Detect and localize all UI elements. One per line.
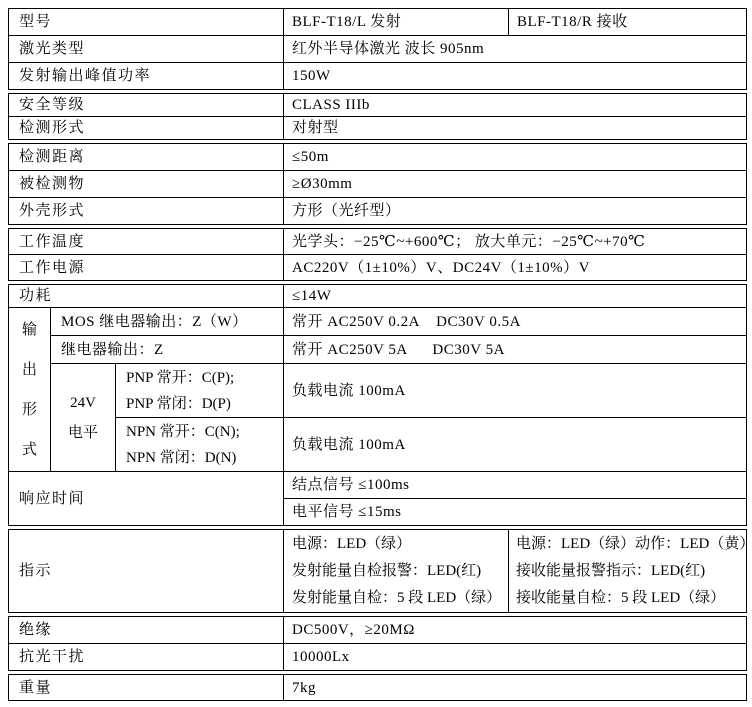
section-model: 型号 BLF-T18/L 发射 BLF-T18/R 接收 激光类型 红外半导体激… [8, 8, 747, 90]
output-mos-value: 常开 AC250V 0.2A DC30V 0.5A [284, 308, 747, 336]
housing-value: 方形（光纤型） [284, 198, 747, 225]
row-insulation: 绝缘 DC500V，≥20MΩ [9, 617, 747, 644]
weight-label: 重量 [9, 675, 284, 701]
object-label: 被检测物 [9, 171, 284, 198]
output-level-label: 24V 电平 [51, 364, 116, 472]
model-label: 型号 [9, 9, 284, 36]
section-detection: 检测距离 ≤50m 被检测物 ≥Ø30mm 外壳形式 方形（光纤型） [8, 143, 747, 225]
row-object: 被检测物 ≥Ø30mm [9, 171, 747, 198]
row-output-npn: NPN 常开：C(N); NPN 常闭：D(N) 负载电流 100mA [9, 418, 747, 472]
temp-value: 光学头：−25℃~+600℃； 放大单元：−25℃~+70℃ [284, 229, 747, 255]
row-model: 型号 BLF-T18/L 发射 BLF-T18/R 接收 [9, 9, 747, 36]
row-laser-type: 激光类型 红外半导体激光 波长 905nm [9, 36, 747, 63]
row-weight: 重量 7kg [9, 675, 747, 701]
spec-table: 型号 BLF-T18/L 发射 BLF-T18/R 接收 激光类型 红外半导体激… [8, 8, 746, 704]
section-output: 功耗 ≤14W 输 出 形 式 MOS 继电器输出：Z（W） 常开 AC250V… [8, 284, 747, 526]
response-label: 响应时间 [9, 472, 284, 526]
peak-power-label: 发射输出峰值功率 [9, 63, 284, 90]
distance-label: 检测距离 [9, 144, 284, 171]
consumption-label: 功耗 [9, 285, 284, 308]
row-light: 抗光干扰 10000Lx [9, 644, 747, 671]
row-detect-mode: 检测形式 对射型 [9, 117, 747, 140]
insulation-value: DC500V，≥20MΩ [284, 617, 747, 644]
row-temp: 工作温度 光学头：−25℃~+600℃； 放大单元：−25℃~+70℃ [9, 229, 747, 255]
power-value: AC220V（1±10%）V、DC24V（1±10%）V [284, 255, 747, 281]
model-transmitter: BLF-T18/L 发射 [284, 9, 509, 36]
laser-type-value: 红外半导体激光 波长 905nm [284, 36, 747, 63]
indicator-label: 指示 [9, 530, 284, 613]
housing-label: 外壳形式 [9, 198, 284, 225]
output-relay-value: 常开 AC250V 5A DC30V 5A [284, 336, 747, 364]
output-mos-label: MOS 继电器输出：Z（W） [51, 308, 284, 336]
row-output-pnp: 24V 电平 PNP 常开：C(P); PNP 常闭：D(P) 负载电流 100… [9, 364, 747, 418]
row-peak-power: 发射输出峰值功率 150W [9, 63, 747, 90]
detect-mode-label: 检测形式 [9, 117, 284, 140]
output-group-label: 输 出 形 式 [9, 308, 51, 472]
row-output-relay: 继电器输出：Z 常开 AC250V 5A DC30V 5A [9, 336, 747, 364]
row-output-mos: 输 出 形 式 MOS 继电器输出：Z（W） 常开 AC250V 0.2A DC… [9, 308, 747, 336]
response-junction-value: 结点信号 ≤100ms [284, 472, 747, 499]
row-response-junction: 响应时间 结点信号 ≤100ms [9, 472, 747, 499]
row-indicator: 指示 电源：LED（绿） 发射能量自检报警：LED(红) 发射能量自检：5 段 … [9, 530, 747, 613]
section-environment: 工作温度 光学头：−25℃~+600℃； 放大单元：−25℃~+70℃ 工作电源… [8, 228, 747, 281]
laser-type-label: 激光类型 [9, 36, 284, 63]
row-power: 工作电源 AC220V（1±10%）V、DC24V（1±10%）V [9, 255, 747, 281]
output-pnp-value: 负载电流 100mA [284, 364, 747, 418]
section-safety: 安全等级 CLASS IIIb 检测形式 对射型 [8, 93, 747, 140]
safety-value: CLASS IIIb [284, 94, 747, 117]
output-npn-value: 负载电流 100mA [284, 418, 747, 472]
row-safety: 安全等级 CLASS IIIb [9, 94, 747, 117]
output-relay-label: 继电器输出：Z [51, 336, 284, 364]
object-value: ≥Ø30mm [284, 171, 747, 198]
power-label: 工作电源 [9, 255, 284, 281]
response-level-value: 电平信号 ≤15ms [284, 499, 747, 526]
peak-power-value: 150W [284, 63, 747, 90]
distance-value: ≤50m [284, 144, 747, 171]
row-consumption: 功耗 ≤14W [9, 285, 747, 308]
section-insulation: 绝缘 DC500V，≥20MΩ 抗光干扰 10000Lx [8, 616, 747, 671]
detect-mode-value: 对射型 [284, 117, 747, 140]
consumption-value: ≤14W [284, 285, 747, 308]
weight-value: 7kg [284, 675, 747, 701]
temp-label: 工作温度 [9, 229, 284, 255]
light-value: 10000Lx [284, 644, 747, 671]
output-npn-label: NPN 常开：C(N); NPN 常闭：D(N) [116, 418, 284, 472]
section-indicator: 指示 电源：LED（绿） 发射能量自检报警：LED(红) 发射能量自检：5 段 … [8, 529, 747, 613]
output-pnp-label: PNP 常开：C(P); PNP 常闭：D(P) [116, 364, 284, 418]
row-housing: 外壳形式 方形（光纤型） [9, 198, 747, 225]
model-receiver: BLF-T18/R 接收 [509, 9, 747, 36]
row-distance: 检测距离 ≤50m [9, 144, 747, 171]
indicator-transmitter: 电源：LED（绿） 发射能量自检报警：LED(红) 发射能量自检：5 段 LED… [284, 530, 509, 613]
insulation-label: 绝缘 [9, 617, 284, 644]
section-weight: 重量 7kg [8, 674, 747, 701]
light-label: 抗光干扰 [9, 644, 284, 671]
safety-label: 安全等级 [9, 94, 284, 117]
indicator-receiver: 电源：LED（绿）动作：LED（黄） 接收能量报警指示：LED(红) 接收能量自… [509, 530, 747, 613]
